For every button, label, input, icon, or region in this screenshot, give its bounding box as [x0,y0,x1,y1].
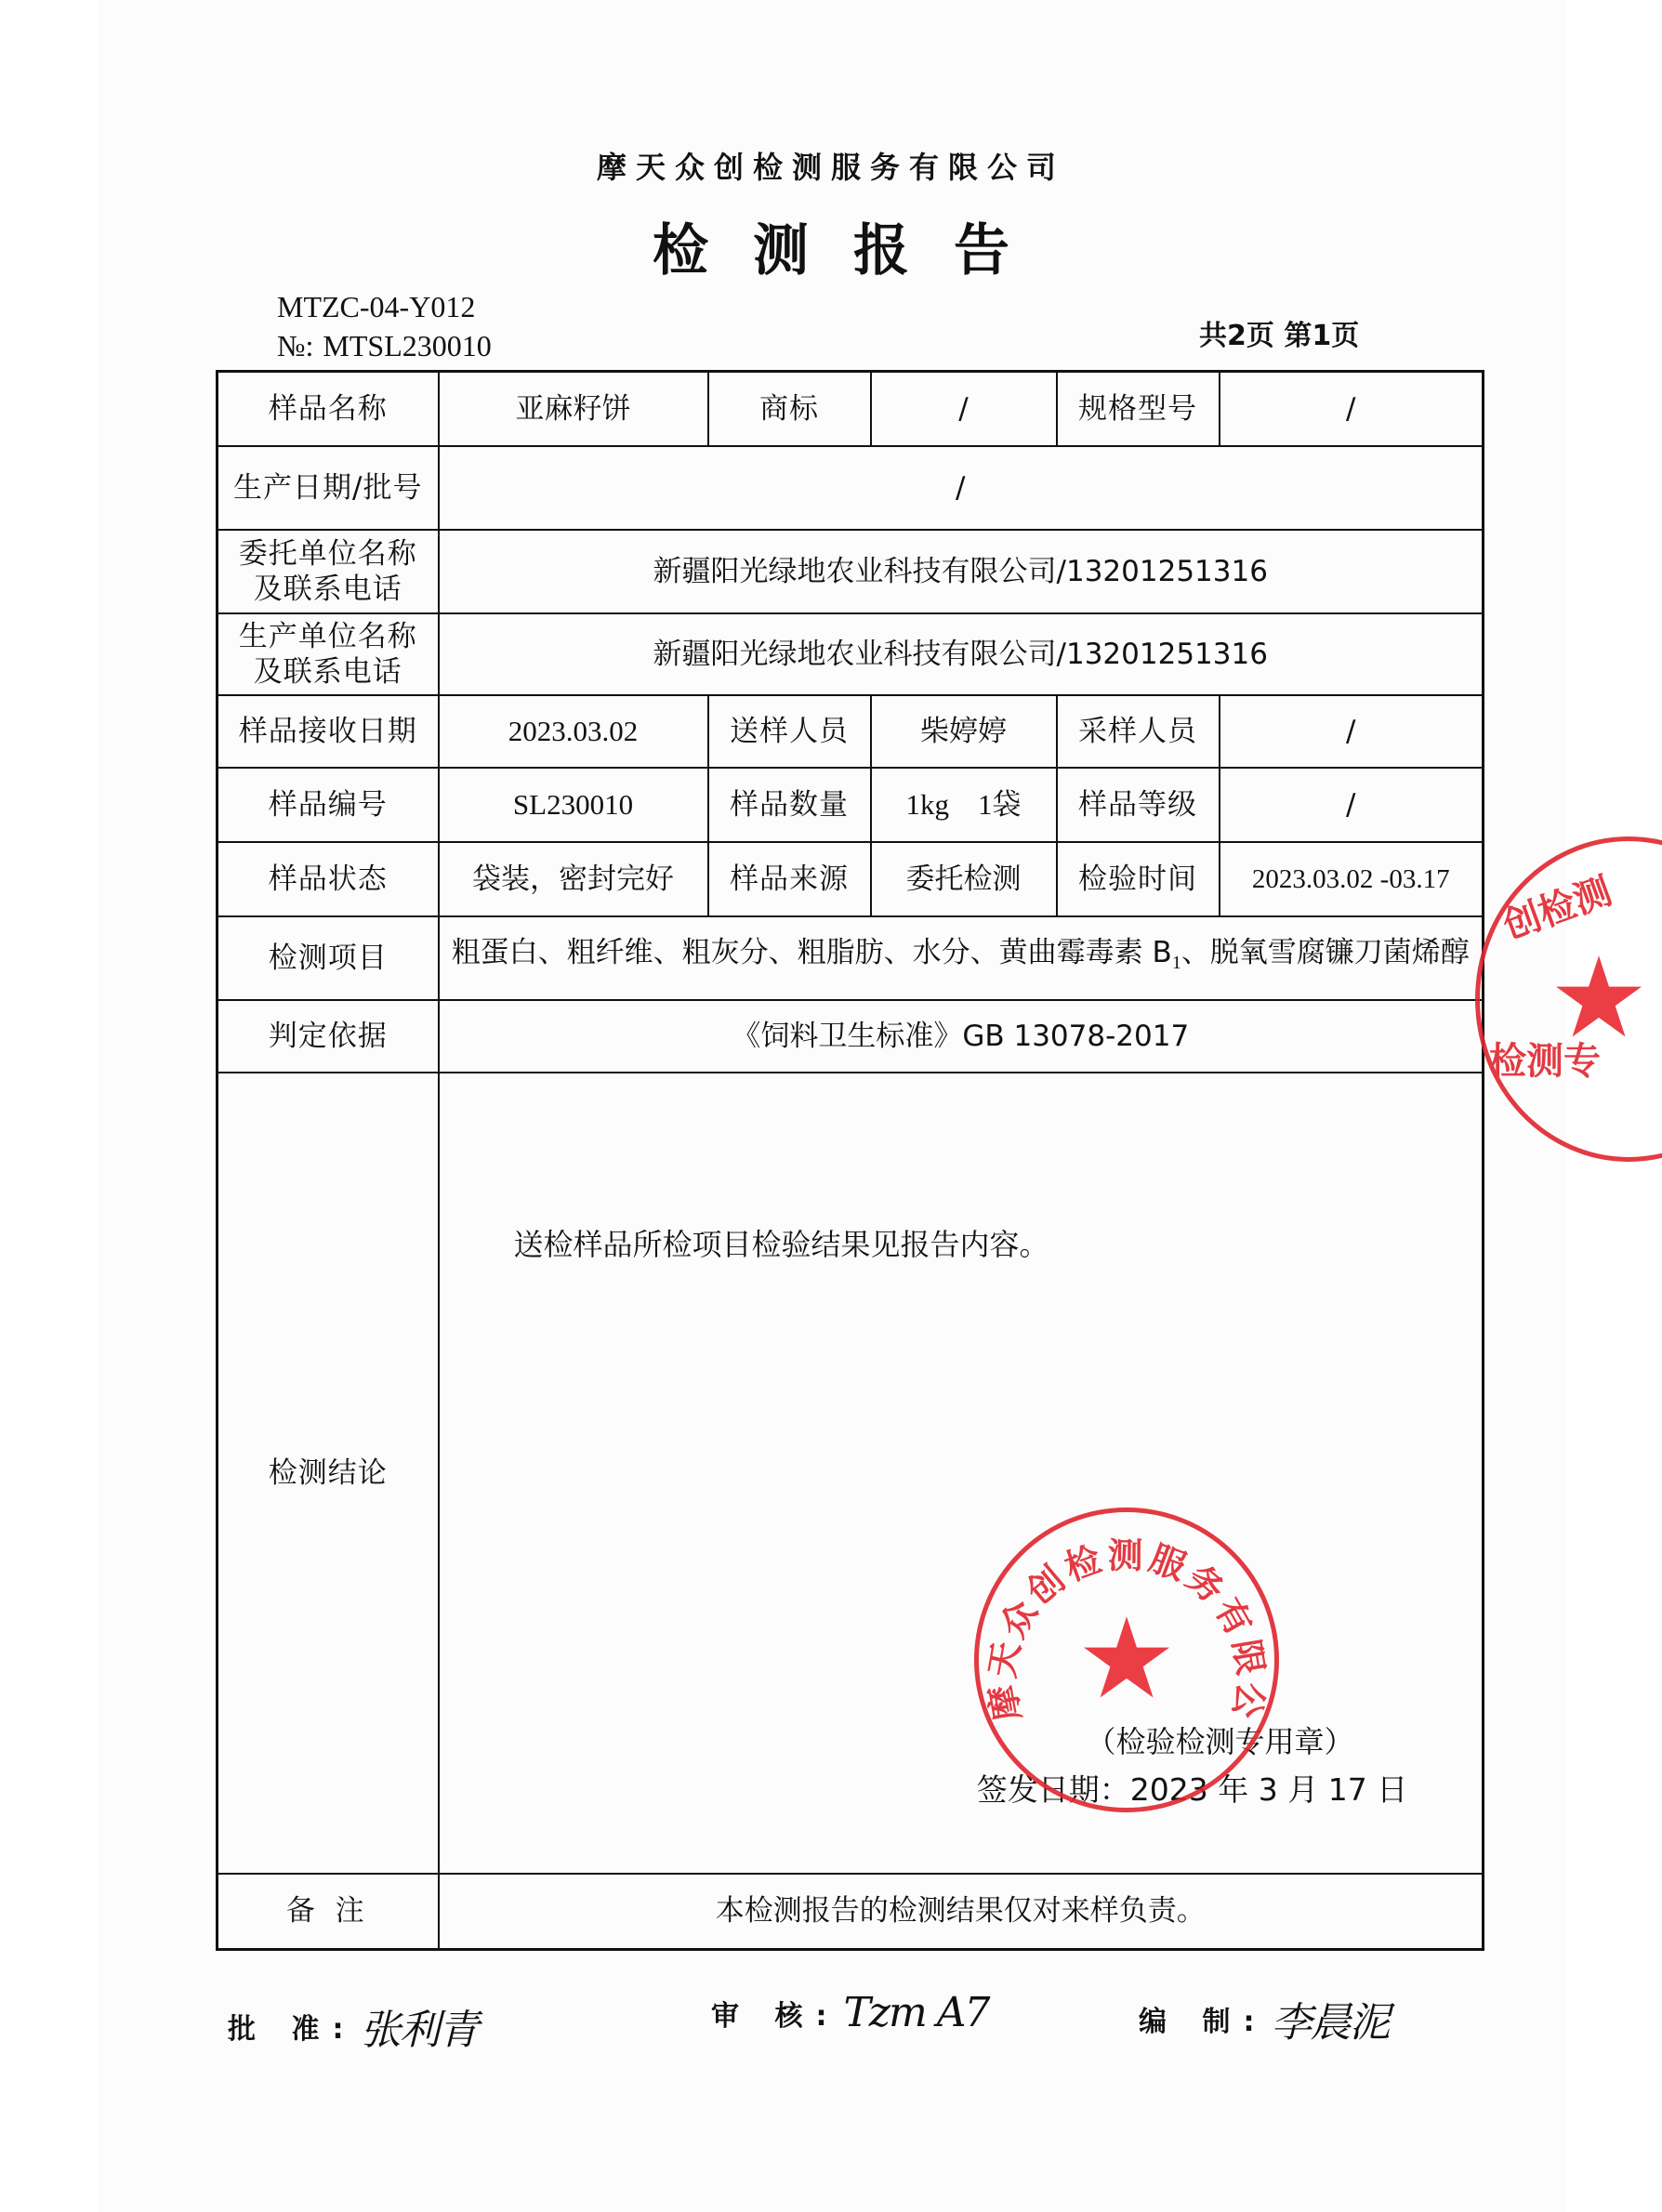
page-info: 共2页 第1页 [1199,312,1359,353]
client-label: 委托单位名称 及联系电话 [218,530,439,613]
row-producer: 生产单位名称 及联系电话 新疆阳光绿地农业科技有限公司/13201251316 [218,613,1484,695]
row-remarks: 备 注 本检测报告的检测结果仅对来样负责。 [218,1874,1484,1950]
trademark-value: / [871,372,1057,446]
test-time-value: 2023.03.02 -03.17 [1220,842,1484,916]
source-label: 样品来源 [708,842,871,916]
producer-label: 生产单位名称 及联系电话 [218,613,439,695]
sender-value: 柴婷婷 [871,695,1057,768]
items-value: 粗蛋白、粗纤维、粗灰分、粗脂肪、水分、黄曲霉毒素 B1、脱氧雪腐镰刀菌烯醇 [439,916,1484,1000]
company-name: 摩天众创检测服务有限公司 [0,144,1662,187]
row-state: 样品状态 袋装，密封完好 样品来源 委托检测 检验时间 2023.03.02 -… [218,842,1484,916]
row-production-date: 生产日期/批号 / [218,446,1484,530]
receive-date-label: 样品接收日期 [218,695,439,768]
items-subscript: 1 [1172,953,1181,973]
producer-value: 新疆阳光绿地农业科技有限公司/13201251316 [439,613,1484,695]
production-date-value: / [439,446,1484,530]
trademark-label: 商标 [708,372,871,446]
row-receive-date: 样品接收日期 2023.03.02 送样人员 柴婷婷 采样人员 / [218,695,1484,768]
reviewer-signature: 审 核: Tzm A7 [711,1989,988,2036]
approver-signature: 批 准: 张利青 [228,1996,477,2056]
remarks-label: 备 注 [218,1874,439,1950]
issue-area: （检验检测专用章） 签发日期：2023 年 3 月 17 日 [960,1724,1425,1808]
client-label-line1: 委托单位名称 [224,536,432,572]
row-sample-name: 样品名称 亚麻籽饼 商标 / 规格型号 / [218,372,1484,446]
grade-label: 样品等级 [1057,768,1220,842]
state-value: 袋装，密封完好 [439,842,708,916]
sample-no-value: SL230010 [439,768,708,842]
report-number-value: MTSL230010 [323,329,491,362]
row-conclusion: 检测结论 送检样品所检项目检验结果见报告内容。 （检验检测专用章） 签发日期：2… [218,1073,1484,1874]
report-number: №:MTSL230010 [277,329,492,363]
items-text-1: 粗蛋白、粗纤维、粗灰分、粗脂肪、水分、黄曲霉毒素 B [452,936,1172,969]
quantity-value: 1kg 1袋 [871,768,1057,842]
conclusion-label: 检测结论 [218,1073,439,1874]
state-label: 样品状态 [218,842,439,916]
basis-label: 判定依据 [218,1000,439,1073]
conclusion-cell: 送检样品所检项目检验结果见报告内容。 （检验检测专用章） 签发日期：2023 年… [439,1073,1484,1874]
sample-name-label: 样品名称 [218,372,439,446]
compile-label: 编 制: [1139,1998,1267,2039]
production-date-label: 生产日期/批号 [218,446,439,530]
client-label-line2: 及联系电话 [224,572,432,607]
issue-date: 签发日期：2023 年 3 月 17 日 [960,1772,1425,1808]
items-label: 检测项目 [218,916,439,1000]
grade-value: / [1220,768,1484,842]
sampler-label: 采样人员 [1057,695,1220,768]
producer-label-line1: 生产单位名称 [224,619,432,654]
items-text-2: 、脱氧雪腐镰刀菌烯醇 [1181,936,1470,969]
approve-label: 批 准: [228,2006,356,2047]
report-title: 检测报告 [0,206,1662,286]
sample-no-label: 样品编号 [218,768,439,842]
review-signature-scribble: Tzm A7 [843,1989,988,2036]
test-time-label: 检验时间 [1057,842,1220,916]
quantity-label: 样品数量 [708,768,871,842]
conclusion-text: 送检样品所检项目检验结果见报告内容。 [514,1227,1049,1262]
row-basis: 判定依据 《饲料卫生标准》GB 13078-2017 [218,1000,1484,1073]
seal-label: （检验检测专用章） [1016,1724,1425,1759]
row-items: 检测项目 粗蛋白、粗纤维、粗灰分、粗脂肪、水分、黄曲霉毒素 B1、脱氧雪腐镰刀菌… [218,916,1484,1000]
basis-value: 《饲料卫生标准》GB 13078-2017 [439,1000,1484,1073]
signature-row: 批 准: 张利青 审 核: Tzm A7 编 制: 李晨泥 [0,1989,1662,2100]
row-sample-no: 样品编号 SL230010 样品数量 1kg 1袋 样品等级 / [218,768,1484,842]
receive-date-value: 2023.03.02 [439,695,708,768]
sender-label: 送样人员 [708,695,871,768]
client-value: 新疆阳光绿地农业科技有限公司/13201251316 [439,530,1484,613]
report-number-label: №: [277,329,313,362]
compiler-signature: 编 制: 李晨泥 [1139,1989,1388,2048]
report-table: 样品名称 亚麻籽饼 商标 / 规格型号 / 生产日期/批号 / 委托单位名称 及… [216,370,1484,1951]
sample-name-value: 亚麻籽饼 [439,372,708,446]
source-value: 委托检测 [871,842,1057,916]
spec-label: 规格型号 [1057,372,1220,446]
remarks-value: 本检测报告的检测结果仅对来样负责。 [439,1874,1484,1950]
sampler-value: / [1220,695,1484,768]
form-code: MTZC-04-Y012 [277,290,475,324]
producer-label-line2: 及联系电话 [224,654,432,690]
approve-signature-scribble: 张利青 [360,1996,477,2056]
spec-value: / [1220,372,1484,446]
review-label: 审 核: [711,1993,839,2034]
row-client: 委托单位名称 及联系电话 新疆阳光绿地农业科技有限公司/13201251316 [218,530,1484,613]
compile-signature-scribble: 李晨泥 [1271,1989,1388,2048]
